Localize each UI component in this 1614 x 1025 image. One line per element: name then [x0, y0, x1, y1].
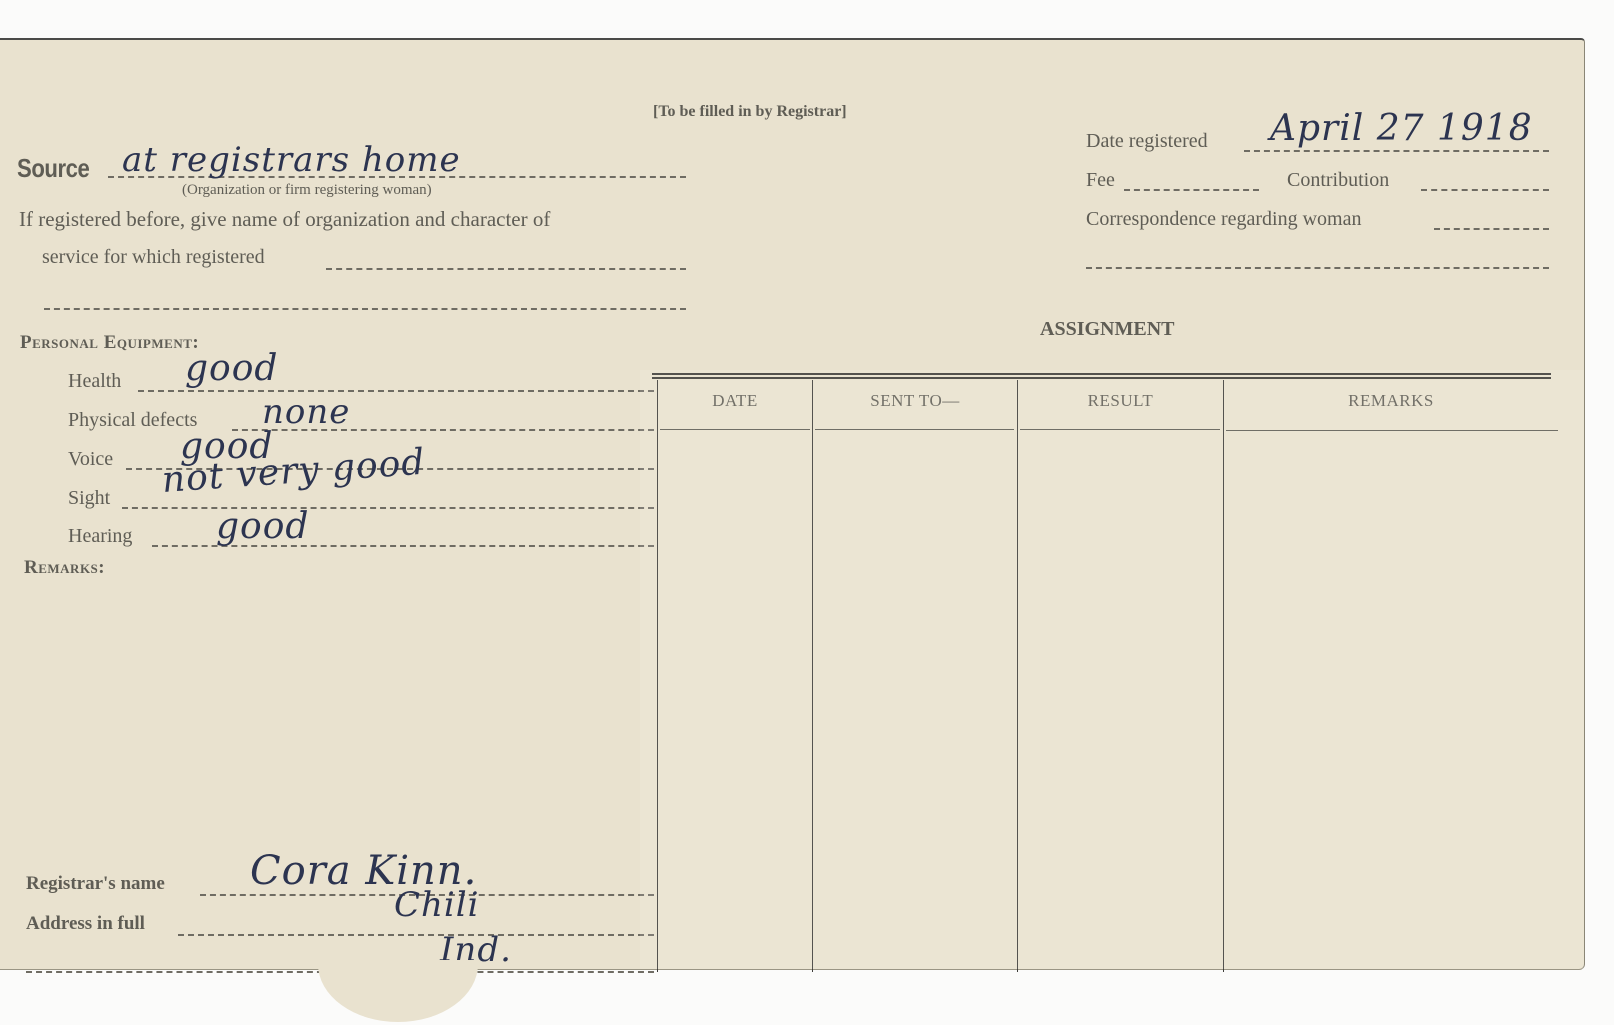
fee-line[interactable] — [1124, 189, 1259, 191]
physical-defects-value[interactable]: none — [262, 392, 350, 432]
header-underline-date — [660, 429, 810, 430]
voice-label: Voice — [68, 448, 113, 471]
date-registered-line — [1244, 150, 1549, 152]
personal-equipment-heading: Personal Equipment: — [20, 332, 199, 354]
date-registered-label: Date registered — [1086, 130, 1208, 153]
column-header-remarks: REMARKS — [1224, 391, 1558, 411]
column-header-sent-to: SENT TO— — [813, 391, 1017, 411]
header-underline-sent-to — [815, 429, 1014, 430]
health-line — [138, 390, 654, 392]
previous-registration-prompt: If registered before, give name of organ… — [19, 207, 550, 232]
sight-label: Sight — [68, 487, 110, 510]
fee-label: Fee — [1086, 169, 1115, 192]
contribution-label: Contribution — [1287, 169, 1389, 192]
assignment-cell-remarks[interactable] — [1225, 432, 1558, 970]
contribution-line[interactable] — [1421, 189, 1549, 191]
assignment-double-rule-bottom — [652, 377, 1551, 379]
remarks-label: Remarks: — [24, 557, 105, 579]
source-caption: (Organization or firm registering woman) — [182, 182, 432, 199]
previous-registration-line-1[interactable] — [326, 268, 686, 270]
card-index-tab — [318, 960, 478, 1022]
column-header-date: DATE — [658, 391, 812, 411]
assignment-title: ASSIGNMENT — [1040, 318, 1174, 341]
address-line-1 — [178, 934, 654, 936]
hearing-label: Hearing — [68, 525, 132, 548]
previous-registration-line-2[interactable] — [44, 308, 686, 310]
source-label: Source — [17, 153, 89, 184]
registration-card: [To be filled in by Registrar] Source at… — [0, 38, 1585, 970]
table-divider-2 — [1017, 380, 1018, 972]
remarks-area[interactable] — [24, 585, 644, 885]
header-underline-result — [1020, 429, 1220, 430]
health-label: Health — [68, 370, 121, 393]
table-border-left — [657, 380, 658, 972]
address-label: Address in full — [26, 913, 145, 935]
column-header-result: RESULT — [1018, 391, 1223, 411]
address-value-1[interactable]: Chili — [394, 885, 480, 925]
correspondence-line-2[interactable] — [1086, 267, 1549, 269]
assignment-cell-result[interactable] — [1019, 432, 1222, 970]
previous-registration-prompt-2: service for which registered — [42, 246, 265, 269]
header-underline-remarks — [1226, 430, 1558, 431]
registrar-note: [To be filled in by Registrar] — [653, 103, 847, 121]
source-value[interactable]: at registrars home — [122, 140, 461, 180]
assignment-cell-sent-to[interactable] — [814, 432, 1016, 970]
physical-defects-label: Physical defects — [68, 409, 197, 432]
registrar-name-label: Registrar's name — [26, 873, 165, 895]
assignment-double-rule-top — [652, 373, 1551, 375]
date-registered-value[interactable]: April 27 1918 — [1270, 108, 1533, 149]
sight-line — [122, 507, 654, 509]
table-divider-3 — [1223, 380, 1224, 972]
assignment-cell-date[interactable] — [659, 432, 811, 970]
correspondence-label: Correspondence regarding woman — [1086, 208, 1361, 231]
health-value[interactable]: good — [185, 348, 278, 389]
table-divider-1 — [812, 380, 813, 972]
correspondence-line-1[interactable] — [1434, 228, 1549, 230]
hearing-value[interactable]: good — [216, 506, 309, 547]
